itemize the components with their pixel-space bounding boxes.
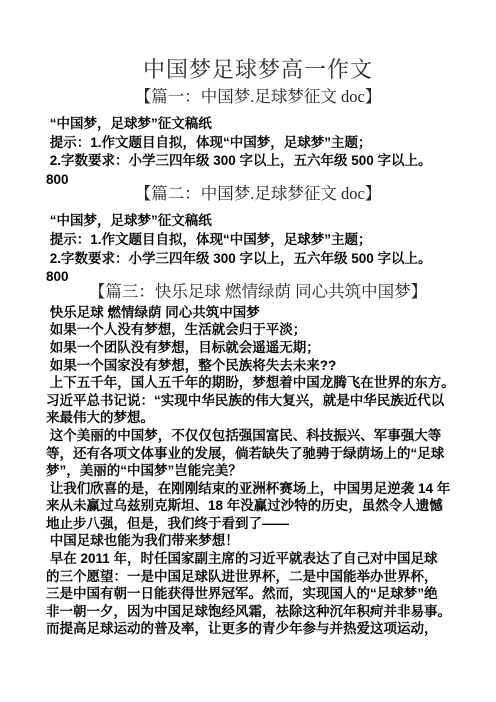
text-line: 让我们欣喜的是，在刚刚结束的亚洲杯赛场上，中国男足逆袭 14 年: [46, 480, 470, 498]
text-line: 而提高足球运动的普及率，让更多的青少年参与并热爱这项运动，: [46, 620, 470, 638]
text-line: 提示：1.作文题目自拟，体现“中国梦，足球梦”主题；: [46, 231, 470, 250]
text-line: 非一朝一夕，因为中国足球饱经风霜，祛除这种沉年积疴并非易事。: [46, 603, 470, 621]
text-line: 中国足球也能为我们带来梦想！: [46, 532, 470, 550]
text-line: 梦”，美丽的“中国梦”岂能完美？: [46, 462, 470, 480]
text-line: 2.字数要求：小学三四年级 300 字以上，五六年级 500 字以上。: [46, 152, 470, 171]
section-1-heading: 【篇一：中国梦.足球梦征文 doc】: [46, 86, 470, 107]
text-line: 地止步八强，但是，我们终于看到了——: [46, 515, 470, 533]
text-line: 早在 2011 年，时任国家副主席的习近平就表达了自己对中国足球: [46, 550, 470, 568]
text-line: “中国梦，足球梦”征文稿纸: [46, 212, 470, 231]
text-line: 提示：1.作文题目自拟，体现“中国梦，足球梦”主题；: [46, 134, 470, 153]
text-line: 等，还有各项文体事业的发展，倘若缺失了驰骋于绿荫场上的“足球: [46, 445, 470, 463]
essay-section-3: 【篇三：快乐足球 燃情绿荫 同心共筑中国梦】 快乐足球 燃情绿荫 同心共筑中国梦…: [46, 281, 470, 638]
document-title: 中国梦足球梦高一作文: [46, 56, 470, 83]
text-line: 习近平总书记说：“实现中华民族的伟大复兴，就是中华民族近代以: [46, 392, 470, 410]
essay-section-2: 【篇二：中国梦.足球梦征文 doc】 “中国梦，足球梦”征文稿纸 提示：1.作文…: [46, 183, 470, 286]
text-line: 2.字数要求：小学三四年级 300 字以上，五六年级 500 字以上。: [46, 250, 470, 269]
text-line: 如果一个人没有梦想，生活就会归于平淡；: [46, 321, 470, 339]
text-line: 快乐足球 燃情绿荫 同心共筑中国梦: [46, 304, 470, 322]
section-1-body: “中国梦，足球梦”征文稿纸 提示：1.作文题目自拟，体现“中国梦，足球梦”主题；…: [46, 115, 470, 189]
text-line: 如果一个团队没有梦想，目标就会遥遥无期；: [46, 339, 470, 357]
section-2-heading: 【篇二：中国梦.足球梦征文 doc】: [46, 183, 470, 204]
text-line: “中国梦，足球梦”征文稿纸: [46, 115, 470, 134]
section-3-heading: 【篇三：快乐足球 燃情绿荫 同心共筑中国梦】: [46, 281, 470, 302]
text-line: 三是中国有朝一日能获得世界冠军。然而，实现国人的“足球梦”绝: [46, 585, 470, 603]
section-3-body: 快乐足球 燃情绿荫 同心共筑中国梦 如果一个人没有梦想，生活就会归于平淡； 如果…: [46, 304, 470, 638]
text-line: 上下五千年，国人五千年的期盼，梦想着中国龙腾飞在世界的东方。: [46, 374, 470, 392]
text-line: 如果一个国家没有梦想，整个民族将失去未来??: [46, 357, 470, 375]
text-line: 来从未赢过乌兹别克斯坦、18 年没赢过沙特的历史，虽然令人遗憾: [46, 497, 470, 515]
document-page: 中国梦足球梦高一作文 【篇一：中国梦.足球梦征文 doc】 “中国梦，足球梦”征…: [0, 0, 496, 702]
text-line: 来最伟大的梦想。: [46, 409, 470, 427]
text-line: 的三个愿望：一是中国足球队进世界杯，二是中国能举办世界杯，: [46, 568, 470, 586]
text-line: 这个美丽的中国梦，不仅仅包括强国富民、科技振兴、军事强大等: [46, 427, 470, 445]
section-2-body: “中国梦，足球梦”征文稿纸 提示：1.作文题目自拟，体现“中国梦，足球梦”主题；…: [46, 212, 470, 286]
essay-section-1: 【篇一：中国梦.足球梦征文 doc】 “中国梦，足球梦”征文稿纸 提示：1.作文…: [46, 86, 470, 189]
